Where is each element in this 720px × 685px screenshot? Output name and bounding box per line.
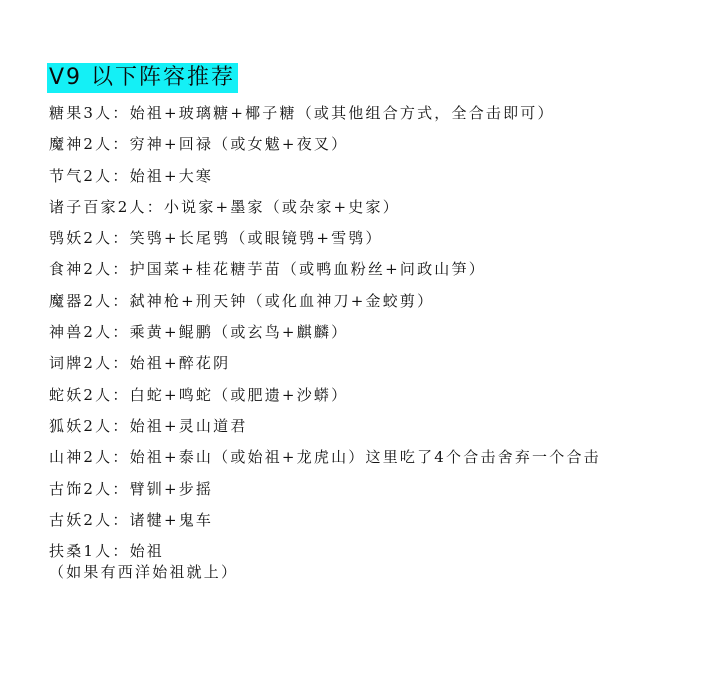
- lineup-members: 臂钏+步摇: [130, 480, 214, 498]
- lineup-row-ancient-demon: 古妖2人：诸犍+鬼车: [49, 505, 707, 536]
- separator: ：: [112, 448, 129, 466]
- lineup-members: 始祖+泰山（或始祖+龙虎山）这里吃了4个合击舍弃一个合击: [130, 448, 601, 466]
- lineup-row-fox-demon: 狐妖2人：始祖+灵山道君: [49, 411, 707, 442]
- lineup-row-hundred-schools: 诸子百家2人：小说家+墨家（或杂家+史家）: [49, 192, 707, 223]
- lineup-group: 词牌2人: [49, 354, 112, 372]
- lineup-row-demon-god: 魔神2人：穷神+回禄（或女魃+夜叉）: [49, 129, 707, 160]
- lineup-list: 糖果3人：始祖+玻璃糖+椰子糖（或其他组合方式，全合击即可） 魔神2人：穷神+回…: [47, 98, 707, 583]
- lineup-group: 蛇妖2人: [49, 386, 112, 404]
- lineup-members: 始祖+醉花阴: [130, 354, 231, 372]
- separator: ：: [112, 323, 129, 341]
- lineup-group: 古饰2人: [49, 480, 112, 498]
- separator: ：: [147, 198, 164, 216]
- lineup-row-candy: 糖果3人：始祖+玻璃糖+椰子糖（或其他组合方式，全合击即可）: [49, 98, 707, 129]
- separator: ：: [112, 229, 129, 247]
- separator: ：: [112, 167, 129, 185]
- lineup-members: 弑神枪+刑天钟（或化血神刀+金蛟剪）: [130, 292, 435, 310]
- separator: ：: [112, 135, 129, 153]
- separator: ：: [112, 104, 129, 122]
- lineup-group: 古妖2人: [49, 511, 112, 529]
- lineup-group: 狐妖2人: [49, 417, 112, 435]
- lineup-members: 护国菜+桂花糖芋苗（或鸭血粉丝+问政山笋）: [130, 260, 486, 278]
- lineup-row-snake-demon: 蛇妖2人：白蛇+鸣蛇（或肥遗+沙蟒）: [49, 380, 707, 411]
- lineup-row-ci-pai: 词牌2人：始祖+醉花阴: [49, 348, 707, 379]
- lineup-row-ancient-ornament: 古饰2人：臂钏+步摇: [49, 474, 707, 505]
- lineup-members: 始祖+灵山道君: [130, 417, 248, 435]
- document: V9 以下阵容推荐 糖果3人：始祖+玻璃糖+椰子糖（或其他组合方式，全合击即可）…: [47, 63, 707, 583]
- separator: ：: [112, 386, 129, 404]
- lineup-group: 糖果3人: [49, 104, 112, 122]
- lineup-row-solar-term: 节气2人：始祖+大寒: [49, 161, 707, 192]
- lineup-group: 食神2人: [49, 260, 112, 278]
- lineup-members: 小说家+墨家（或杂家+史家）: [164, 198, 400, 216]
- separator: ：: [112, 542, 129, 560]
- lineup-group: 扶桑1人: [49, 542, 112, 560]
- lineup-row-mountain-god: 山神2人：始祖+泰山（或始祖+龙虎山）这里吃了4个合击舍弃一个合击: [49, 442, 707, 473]
- separator: ：: [112, 354, 129, 372]
- footnote: （如果有西洋始祖就上）: [49, 561, 707, 583]
- lineup-members: 穷神+回禄（或女魃+夜叉）: [130, 135, 349, 153]
- separator: ：: [112, 260, 129, 278]
- lineup-row-owl-demon: 鸮妖2人：笑鸮+长尾鸮（或眼镜鸮+雪鸮）: [49, 223, 707, 254]
- lineup-group: 山神2人: [49, 448, 112, 466]
- lineup-members: 始祖: [130, 542, 164, 560]
- lineup-row-divine-beast: 神兽2人：乘黄+鲲鹏（或玄鸟+麒麟）: [49, 317, 707, 348]
- separator: ：: [112, 511, 129, 529]
- lineup-row-food-god: 食神2人：护国菜+桂花糖芋苗（或鸭血粉丝+问政山笋）: [49, 254, 707, 285]
- lineup-group: 节气2人: [49, 167, 112, 185]
- separator: ：: [112, 292, 129, 310]
- lineup-group: 魔神2人: [49, 135, 112, 153]
- lineup-members: 笑鸮+长尾鸮（或眼镜鸮+雪鸮）: [130, 229, 383, 247]
- lineup-group: 魔器2人: [49, 292, 112, 310]
- lineup-group: 诸子百家2人: [49, 198, 147, 216]
- separator: ：: [112, 480, 129, 498]
- lineup-members: 始祖+玻璃糖+椰子糖（或其他组合方式，全合击即可）: [130, 104, 555, 122]
- separator: ：: [112, 417, 129, 435]
- page-title: V9 以下阵容推荐: [47, 63, 238, 93]
- lineup-group: 神兽2人: [49, 323, 112, 341]
- lineup-members: 诸犍+鬼车: [130, 511, 214, 529]
- lineup-row-demon-artifact: 魔器2人：弑神枪+刑天钟（或化血神刀+金蛟剪）: [49, 286, 707, 317]
- lineup-members: 白蛇+鸣蛇（或肥遗+沙蟒）: [130, 386, 349, 404]
- lineup-members: 始祖+大寒: [130, 167, 214, 185]
- lineup-group: 鸮妖2人: [49, 229, 112, 247]
- lineup-members: 乘黄+鲲鹏（或玄鸟+麒麟）: [130, 323, 349, 341]
